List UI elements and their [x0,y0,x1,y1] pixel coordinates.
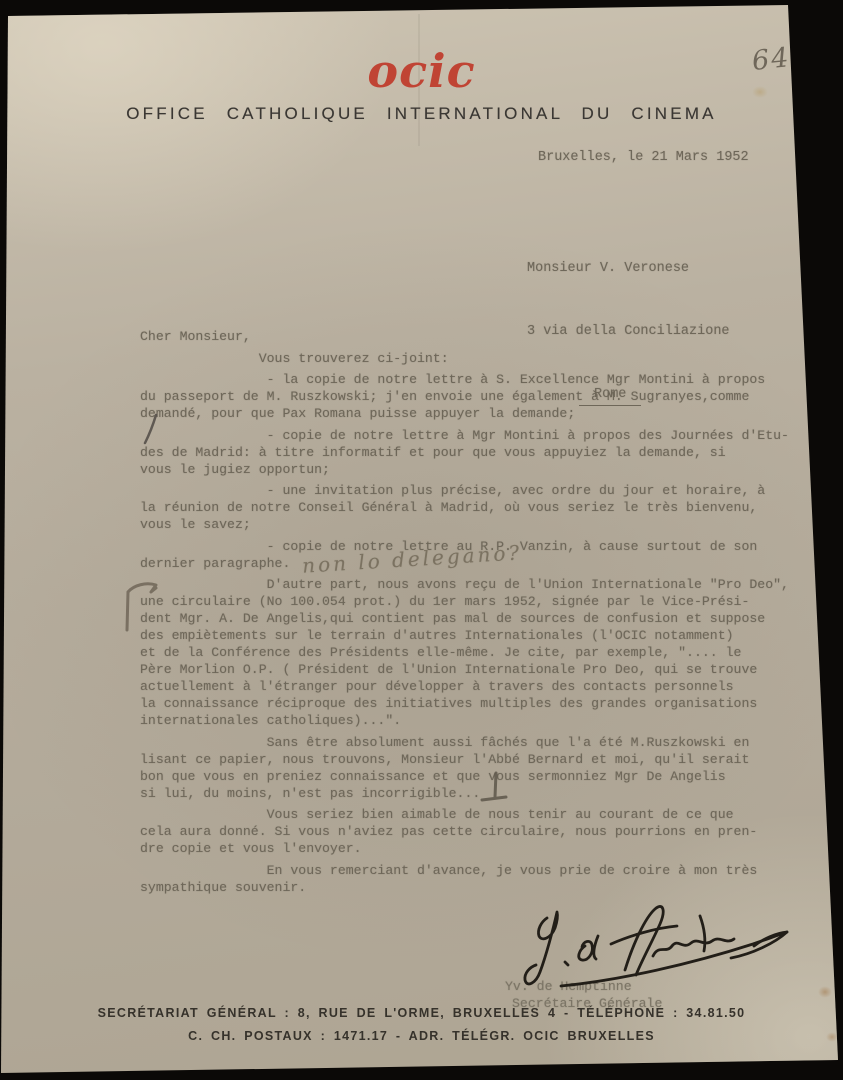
text-line: des de Madrid: à titre informatif et pou… [140,444,800,461]
text-line: internationales catholiques)...". [140,712,800,729]
text-line: cela aura donné. Si vous n'aviez pas cet… [140,823,800,840]
text-line: une circulaire (No 100.054 prot.) du 1er… [140,593,800,610]
paragraph: Cher Monsieur, [140,328,800,345]
text-line: demandé, pour que Pax Romana puisse appu… [140,405,800,422]
ocic-logo: ocic [0,44,843,98]
text-line: des empiètements sur le terrain d'autres… [140,627,800,644]
paper-stain [818,986,832,998]
text-line: Cher Monsieur, [140,328,800,345]
paragraph: - copie de notre lettre à Mgr Montini à … [140,427,800,478]
footer-postal-line: C. CH. POSTAUX : 1471.17 - ADR. TÉLÉGR. … [0,1029,843,1043]
text-line: D'autre part, nous avons reçu de l'Union… [140,576,800,593]
text-line: En vous remerciant d'avance, je vous pri… [140,862,800,879]
text-line: bon que vous en preniez connaissance et … [140,768,800,785]
photo-background: { "annotations": { "page_number": "64", … [0,0,843,1080]
pencil-comma-mark [142,412,162,446]
text-line: Père Morlion O.P. ( Président de l'Union… [140,661,800,678]
text-line: la connaissance réciproque des initiativ… [140,695,800,712]
paragraph: Sans être absolument aussi fâchés que l'… [140,734,800,802]
text-line: Sans être absolument aussi fâchés que l'… [140,734,800,751]
letter-body: Cher Monsieur, Vous trouverez ci-joint: … [140,328,800,900]
text-line: - copie de notre lettre à Mgr Montini à … [140,427,800,444]
text-line: si lui, du moins, n'est pas incorrigible… [140,785,800,802]
paragraph: - une invitation plus précise, avec ordr… [140,482,800,533]
text-line: dent Mgr. A. De Angelis,qui contient pas… [140,610,800,627]
paragraph: Vous seriez bien aimable de nous tenir a… [140,806,800,857]
paragraph: - la copie de notre lettre à S. Excellen… [140,371,800,422]
paragraph: D'autre part, nous avons reçu de l'Union… [140,576,800,729]
org-name: OFFICE CATHOLIQUE INTERNATIONAL DU CINEM… [0,104,843,124]
pencil-check-mark [478,770,512,806]
text-line: du passeport de M. Ruszkowski; j'en envo… [140,388,800,405]
text-line: vous le savez; [140,516,800,533]
text-line: Vous trouverez ci-joint: [140,350,800,367]
letter-page: 64 ocic OFFICE CATHOLIQUE INTERNATIONAL … [0,0,843,1080]
recipient-name: Monsieur V. Veronese [527,258,730,279]
paragraph: En vous remerciant d'avance, je vous pri… [140,862,800,896]
text-line: vous le jugiez opportun; [140,461,800,478]
text-line: dre copie et vous l'envoyer. [140,840,800,857]
footer-address-line: SECRÉTARIAT GÉNÉRAL : 8, RUE DE L'ORME, … [0,1006,843,1020]
text-line: et de la Conférence des Présidents elle-… [140,644,800,661]
text-line: la réunion de notre Conseil Général à Ma… [140,499,800,516]
text-line: - une invitation plus précise, avec ordr… [140,482,800,499]
dateline: Bruxelles, le 21 Mars 1952 [538,150,749,165]
text-line: Vous seriez bien aimable de nous tenir a… [140,806,800,823]
text-line: sympathique souvenir. [140,879,800,896]
pencil-bracket-mark [118,576,164,638]
paragraph: Vous trouverez ci-joint: [140,350,800,367]
text-line: - la copie de notre lettre à S. Excellen… [140,371,800,388]
text-line: actuellement à l'étranger pour développe… [140,678,800,695]
text-line: lisant ce papier, nous trouvons, Monsieu… [140,751,800,768]
signature-ink [495,898,805,1002]
